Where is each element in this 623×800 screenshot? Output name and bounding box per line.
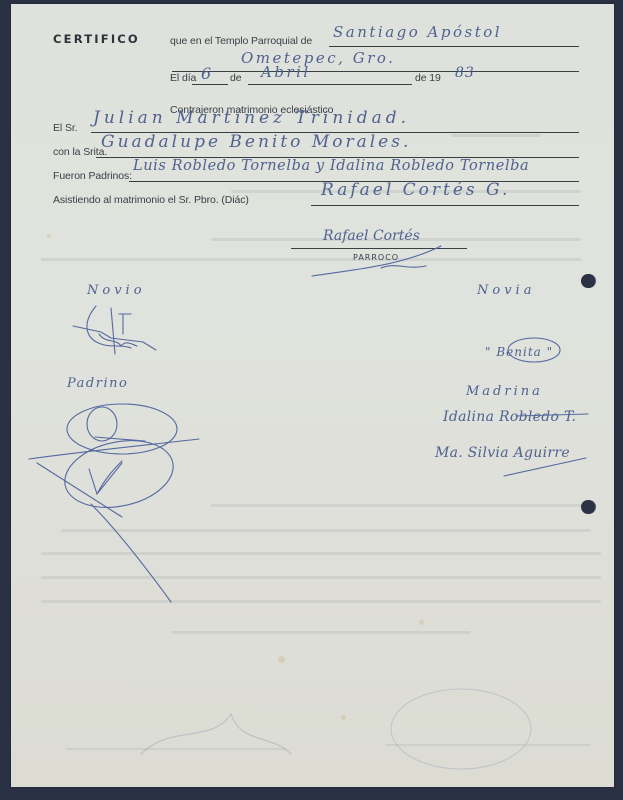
field-line-officiant xyxy=(311,205,579,206)
paper-stain xyxy=(341,715,346,720)
certificate-page: CERTIFICO que en el Templo Parroquial de… xyxy=(11,4,614,787)
paper-stain xyxy=(47,234,51,238)
field-label-day: El día xyxy=(170,72,196,84)
bleed-signature-left xyxy=(131,704,301,774)
field-line-month xyxy=(248,84,412,85)
field-value-godparents: Luis Robledo Tornelba y Idalina Robledo … xyxy=(133,158,529,174)
label-padrino: Padrino xyxy=(67,376,128,391)
field-value-officiant: Rafael Cortés G. xyxy=(321,180,510,200)
field-label-temple: que en el Templo Parroquial de xyxy=(170,35,312,47)
label-novio: Novio xyxy=(87,283,146,298)
certificate-heading: CERTIFICO xyxy=(53,32,140,46)
label-novia: Novia xyxy=(477,283,535,298)
madrina-signature-lines xyxy=(516,406,596,486)
label-madrina: Madrina xyxy=(466,384,543,399)
paper-stain xyxy=(419,620,424,625)
field-line-day xyxy=(192,84,228,85)
punch-hole xyxy=(581,500,595,514)
field-label-officiant: Asistiendo al matrimonio el Sr. Pbro. (D… xyxy=(53,194,249,206)
novio-signature xyxy=(71,304,171,364)
field-line-temple xyxy=(329,46,579,47)
field-value-temple: Santiago Apóstol xyxy=(333,23,502,41)
field-label-month: de xyxy=(230,72,241,84)
parroco-signature-flourish xyxy=(311,240,461,280)
field-label-groom: El Sr. xyxy=(53,122,78,134)
punch-hole xyxy=(581,274,595,288)
paper-stain xyxy=(278,656,285,663)
field-value-bride: Guadalupe Benito Morales. xyxy=(101,132,411,152)
field-value-month: Abril xyxy=(261,63,311,81)
padrino-signature-trail xyxy=(91,484,171,604)
field-value-year: 83 xyxy=(455,65,475,81)
field-value-groom: Julian Martínez Trinidad. xyxy=(93,108,410,128)
novia-mark-circle xyxy=(506,336,566,366)
bleed-signature-right xyxy=(371,684,571,774)
field-label-year: de 19 xyxy=(415,72,441,84)
field-value-day: 6 xyxy=(201,64,214,83)
field-label-godparents: Fueron Padrinos: xyxy=(53,170,132,182)
